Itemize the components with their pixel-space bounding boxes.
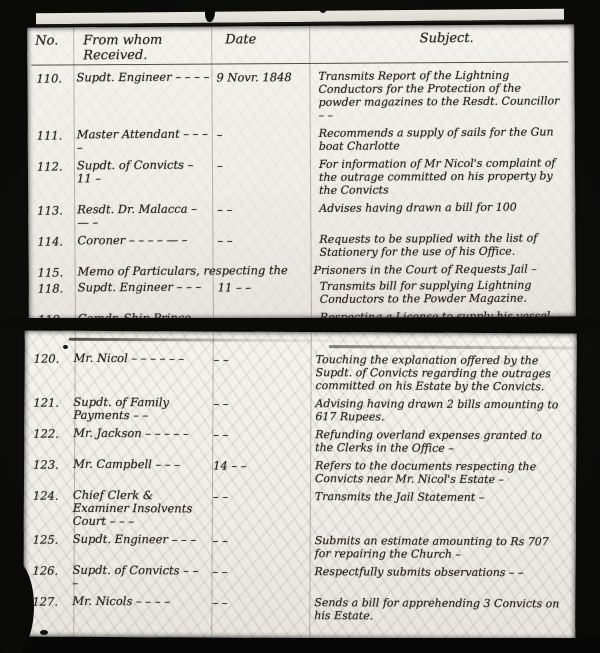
row-no: 123.	[28, 458, 73, 472]
table-row: 115. Memo of Particulars, respecting the…	[33, 262, 570, 279]
row-subject: Submits an estimate amounting to Rs 707 …	[309, 534, 570, 561]
row-subject: Advising having drawn 2 bills amounting …	[309, 397, 570, 424]
row-no: 127.	[27, 595, 72, 609]
row-date: – –	[206, 596, 308, 611]
row-no: 114.	[32, 234, 77, 248]
row-from: Chief Clerk & Examiner Insolvents Court …	[73, 489, 207, 529]
table-row: 123. Mr. Campbell – – – 14 – – Refers to…	[28, 458, 570, 487]
header-date: Date	[221, 30, 325, 65]
ink-speck	[63, 345, 68, 349]
row-date: 11 – –	[212, 280, 314, 295]
row-no: 113.	[32, 203, 77, 217]
row-from: Resdt. Dr. Malacca – — –	[77, 203, 211, 230]
row-from: Mr. Nicols – – – –	[72, 595, 206, 609]
header-no: No.	[31, 31, 79, 65]
row-date: – –	[211, 233, 313, 248]
ink-speck	[40, 630, 48, 635]
row-subject: Prisoners in the Court of Requests Jail …	[308, 262, 570, 277]
row-date: 9 Novr. 1848	[210, 70, 312, 85]
row-subject: Respectfully submits observations – –	[309, 565, 570, 579]
row-subject: Touching the explanation offered by the …	[309, 353, 570, 393]
torn-edge-blob	[0, 120, 24, 180]
row-from: Mr. Campbell – – –	[73, 458, 207, 472]
row-no: 111.	[32, 128, 77, 142]
scan-bottom-band	[0, 638, 600, 653]
row-subject: Recommends a supply of sails for the Gun…	[313, 125, 569, 153]
cut-off-text-fragment	[329, 345, 600, 350]
table-row: 111. Master Attendant – – – – – Recommen…	[32, 125, 569, 154]
row-date: – –	[211, 202, 313, 217]
row-no: 118.	[33, 281, 78, 295]
table-row: 126. Supdt. of Convicts – – – – – Respec…	[27, 564, 569, 593]
row-from: Mr. Jackson – – – – –	[73, 427, 207, 441]
table-row: 124. Chief Clerk & Examiner Insolvents C…	[28, 489, 570, 531]
page-top: No. From whom Received. Date Subject. 11…	[27, 24, 576, 319]
row-no: 125.	[28, 533, 73, 547]
row-subject: Refers to the documents respecting the C…	[309, 459, 570, 486]
table-row: 120. Mr. Nicol – – – – – – – – Touching …	[28, 352, 570, 394]
row-subject: For information of Mr Nicol's complaint …	[313, 156, 569, 197]
table-header: No. From whom Received. Date Subject.	[31, 28, 568, 65]
page-bottom: 120. Mr. Nicol – – – – – – – – Touching …	[23, 331, 577, 640]
page-top-edge	[36, 9, 564, 27]
header-from: From whom Received.	[79, 30, 221, 65]
ledger-register-scan: No. From whom Received. Date Subject. 11…	[0, 0, 600, 653]
row-from: Mr. Nicol – – – – – –	[74, 352, 208, 366]
row-subject: Transmits the Jail Statement –	[309, 490, 570, 504]
table-row: 121. Supdt. of Family Payments – – – – A…	[28, 396, 570, 425]
row-from: Supdt. of Family Payments – –	[73, 396, 207, 423]
row-from: Coroner – – – – — –	[77, 234, 211, 248]
row-no: 115.	[33, 265, 78, 279]
row-subject: Refunding overland expenses granted to t…	[309, 428, 570, 455]
row-from: Supdt. Engineer – – –	[73, 533, 207, 547]
table-row: 114. Coroner – – – – — – – – Requests to…	[32, 231, 569, 260]
row-from: Master Attendant – – – –	[77, 128, 211, 155]
row-date: – –	[207, 428, 309, 443]
cut-off-text-fragment	[69, 338, 369, 343]
row-date: – –	[208, 353, 310, 368]
row-from: Supdt. of Convicts – – –	[72, 564, 206, 591]
row-subject: Requests to be supplied with the list of…	[313, 231, 569, 259]
row-no: 121.	[28, 396, 73, 410]
row-no: 112.	[32, 159, 77, 173]
row-no: 122.	[28, 427, 73, 441]
row-date: – –	[207, 490, 309, 505]
row-subject: Transmits bill for supplying Lightning C…	[314, 278, 570, 306]
row-no: 110.	[31, 71, 76, 85]
row-no: 120.	[29, 352, 74, 366]
row-from: Supdt. Engineer – – –	[78, 281, 212, 295]
table-row: 125. Supdt. Engineer – – – – – Submits a…	[28, 533, 570, 562]
row-from: Memo of Particulars, respecting the	[78, 264, 308, 278]
table-row: 113. Resdt. Dr. Malacca – — – – – Advise…	[32, 200, 569, 229]
row-from: Supdt. of Convicts – 11 –	[77, 159, 211, 186]
table-row: 112. Supdt. of Convicts – 11 – – For inf…	[32, 156, 569, 198]
row-subject: Transmits Report of the Lightning Conduc…	[312, 68, 568, 122]
row-no: 124.	[28, 489, 73, 503]
row-from: Supdt. Engineer – – – –	[76, 71, 210, 85]
row-subject: Advises having drawn a bill for 100	[313, 200, 569, 215]
row-date: 14 – –	[207, 459, 309, 474]
table-row: 118. Supdt. Engineer – – – 11 – – Transm…	[33, 278, 570, 307]
ink-speck	[320, 8, 326, 13]
row-date: – –	[207, 565, 309, 580]
header-subject: Subject.	[325, 28, 568, 63]
table-row: 110. Supdt. Engineer – – – – 9 Novr. 184…	[31, 68, 568, 123]
row-no: 126.	[28, 564, 73, 578]
table-row: 122. Mr. Jackson – – – – – – – Refunding…	[28, 427, 570, 456]
row-date: – –	[207, 534, 309, 549]
row-date: – –	[207, 397, 309, 412]
table-row: 127. Mr. Nicols – – – – – – Sends a bill…	[27, 595, 569, 624]
row-date: –	[211, 127, 313, 142]
row-date: –	[211, 158, 313, 173]
row-subject: Sends a bill for apprehending 3 Convicts…	[308, 596, 569, 623]
